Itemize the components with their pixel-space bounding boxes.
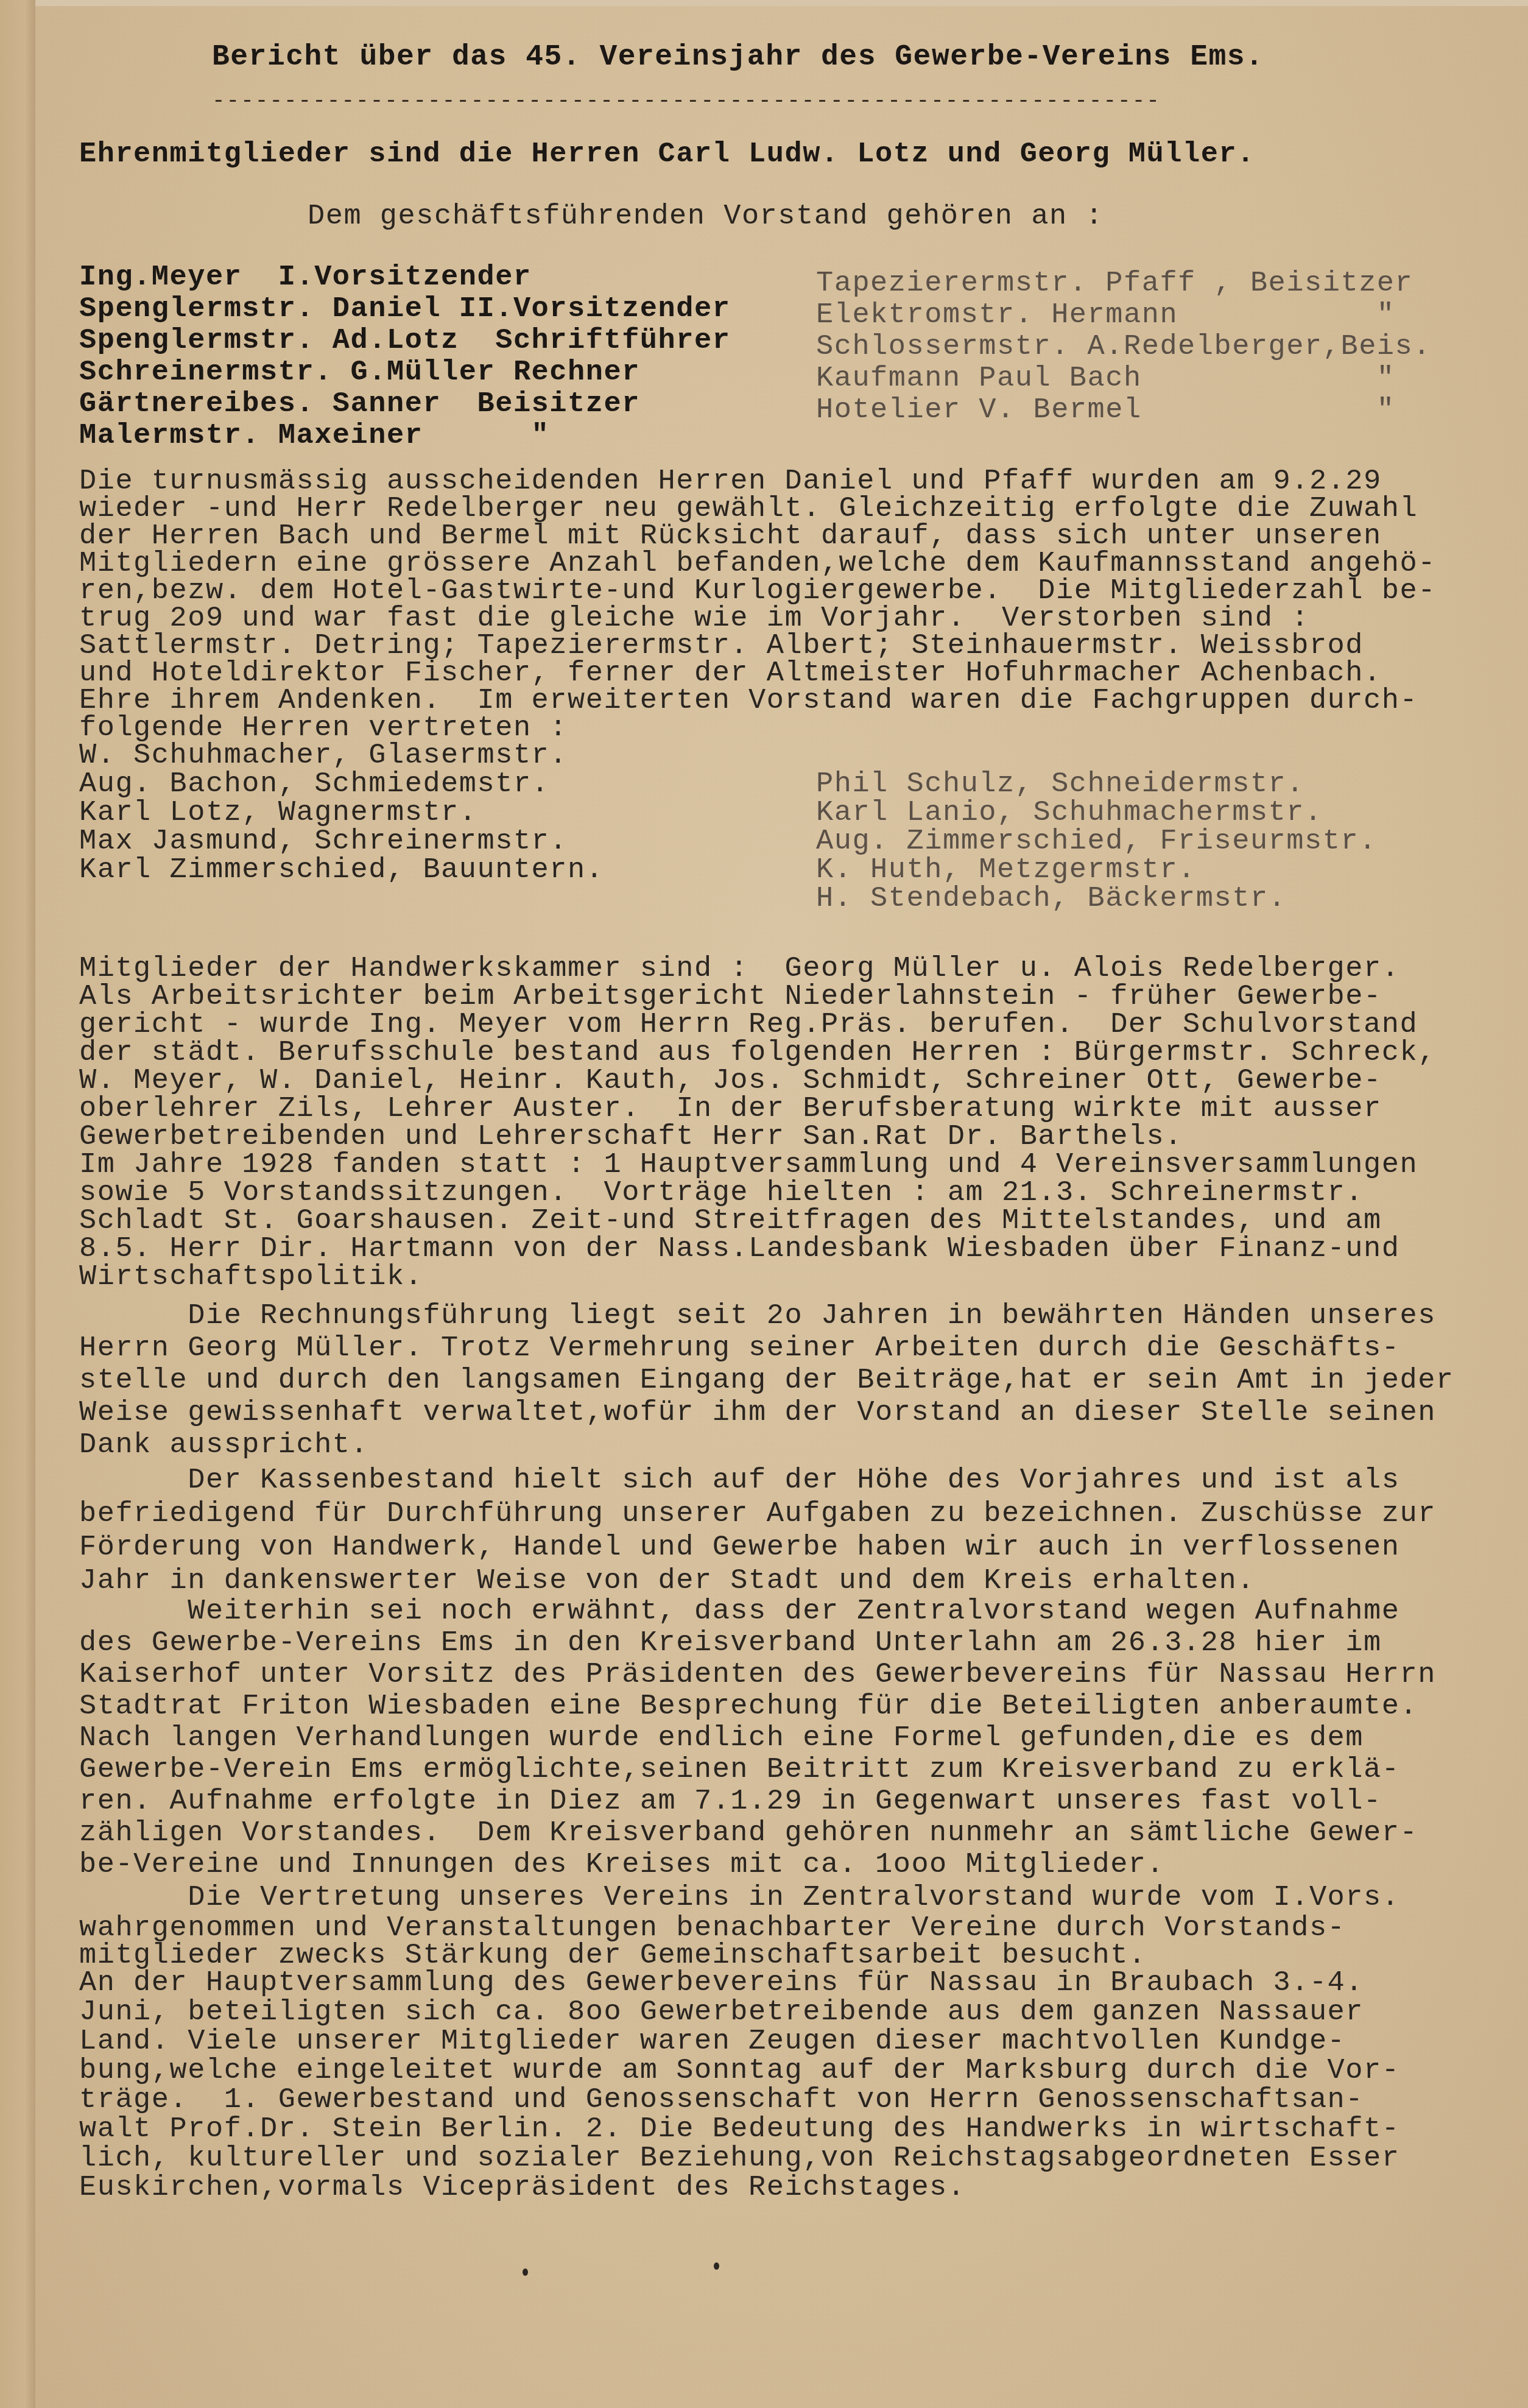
- board-member: Hotelier V. Bermel ": [816, 395, 1395, 426]
- trade-rep: Karl Zimmerschied, Bauuntern.: [79, 855, 604, 886]
- text-line: stelle und durch den langsamen Eingang d…: [79, 1365, 1516, 1397]
- text-line: Die Rechnungsführung liegt seit 2o Jahre…: [79, 1301, 1516, 1332]
- text-line: Juni, beteiligten sich ca. 8oo Gewerbetr…: [79, 1997, 1516, 2028]
- board-member: Elektromstr. Hermann ": [816, 300, 1395, 331]
- text-line: ren. Aufnahme erfolgte in Diez am 7.1.29…: [79, 1786, 1516, 1818]
- trade-rep: Aug. Bachon, Schmiedemstr.: [79, 769, 549, 800]
- honorary-members: Ehrenmitglieder sind die Herren Carl Lud…: [79, 139, 1255, 171]
- board-member: Schreinermstr. G.Müller Rechner: [79, 357, 640, 389]
- trade-rep: Phil Schulz, Schneidermstr.: [816, 769, 1304, 800]
- paper-left-margin: [0, 0, 35, 2408]
- text-line: Stadtrat Friton Wiesbaden eine Besprechu…: [79, 1691, 1516, 1723]
- document-title: Bericht über das 45. Vereinsjahr des Gew…: [212, 41, 1264, 73]
- text-line: Dank ausspricht.: [79, 1430, 1516, 1461]
- text-line: Wirtschaftspolitik.: [79, 1262, 1516, 1293]
- trade-rep: Karl Lotz, Wagnermstr.: [79, 797, 477, 829]
- board-member: Schlossermstr. A.Redelberger,Beis.: [816, 331, 1431, 363]
- text-line: Herrn Georg Müller. Trotz Vermehrung sei…: [79, 1333, 1516, 1365]
- text-line: Weise gewissenhaft verwaltet,wofür ihm d…: [79, 1397, 1516, 1429]
- text-line: be-Vereine und Innungen des Kreises mit …: [79, 1849, 1516, 1881]
- text-line: Euskirchen,vormals Vicepräsident des Rei…: [79, 2172, 1516, 2204]
- trade-rep: H. Stendebach, Bäckermstr.: [816, 883, 1286, 915]
- text-line: des Gewerbe-Vereins Ems in den Kreisverb…: [79, 1628, 1516, 1659]
- text-line: lich, kultureller und sozialer Beziehung…: [79, 2143, 1516, 2175]
- text-line: träge. 1. Gewerbestand und Genossenschaf…: [79, 2085, 1516, 2116]
- board-member: Spenglermstr. Daniel II.Vorsitzender: [79, 294, 730, 325]
- text-line: Der Kassenbestand hielt sich auf der Höh…: [79, 1465, 1516, 1497]
- text-line: walt Prof.Dr. Stein Berlin. 2. Die Bedeu…: [79, 2114, 1516, 2145]
- text-line: Land. Viele unserer Mitglieder waren Zeu…: [79, 2026, 1516, 2058]
- text-line: Jahr in dankenswerter Weise von der Stad…: [79, 1566, 1516, 1597]
- trade-rep: W. Schuhmacher, Glasermstr.: [79, 740, 568, 772]
- title-underline-rule: ----------------------------------------…: [212, 85, 1161, 117]
- text-line: An der Hauptversammlung des Gewerbeverei…: [79, 1968, 1516, 1999]
- paper-top-edge: [0, 0, 1528, 6]
- text-line: Weiterhin sei noch erwähnt, dass der Zen…: [79, 1596, 1516, 1628]
- text-line: Kaiserhof unter Vorsitz des Präsidenten …: [79, 1659, 1516, 1691]
- text-line: Gewerbe-Verein Ems ermöglichte,seinen Be…: [79, 1754, 1516, 1786]
- ink-speck: [714, 2262, 719, 2270]
- board-intro-heading: Dem geschäftsführenden Vorstand gehören …: [308, 201, 1104, 233]
- board-member: Ing.Meyer I.Vorsitzender: [79, 262, 532, 294]
- board-member: Malermstr. Maxeiner ": [79, 420, 549, 452]
- text-line: Die Vertretung unseres Vereins in Zentra…: [79, 1882, 1516, 1914]
- trade-rep: Aug. Zimmerschied, Friseurmstr.: [816, 826, 1377, 858]
- board-member: Spenglermstr. Ad.Lotz Schriftführer: [79, 325, 730, 357]
- trade-rep: Karl Lanio, Schuhmachermstr.: [816, 797, 1323, 829]
- board-member: Kaufmann Paul Bach ": [816, 363, 1395, 395]
- ink-speck: [523, 2269, 528, 2276]
- trade-rep: K. Huth, Metzgermstr.: [816, 855, 1196, 886]
- trade-rep: Max Jasmund, Schreinermstr.: [79, 826, 568, 858]
- board-member: Tapezierermstr. Pfaff , Beisitzer: [816, 268, 1413, 300]
- text-line: bung,welche eingeleitet wurde am Sonntag…: [79, 2055, 1516, 2087]
- text-line: befriedigend für Durchführung unserer Au…: [79, 1499, 1516, 1530]
- board-member: Gärtnereibes. Sanner Beisitzer: [79, 389, 640, 420]
- text-line: Nach langen Verhandlungen wurde endlich …: [79, 1723, 1516, 1754]
- text-line: zähligen Vorstandes. Dem Kreisverband ge…: [79, 1818, 1516, 1849]
- text-line: Förderung von Handwerk, Handel und Gewer…: [79, 1532, 1516, 1564]
